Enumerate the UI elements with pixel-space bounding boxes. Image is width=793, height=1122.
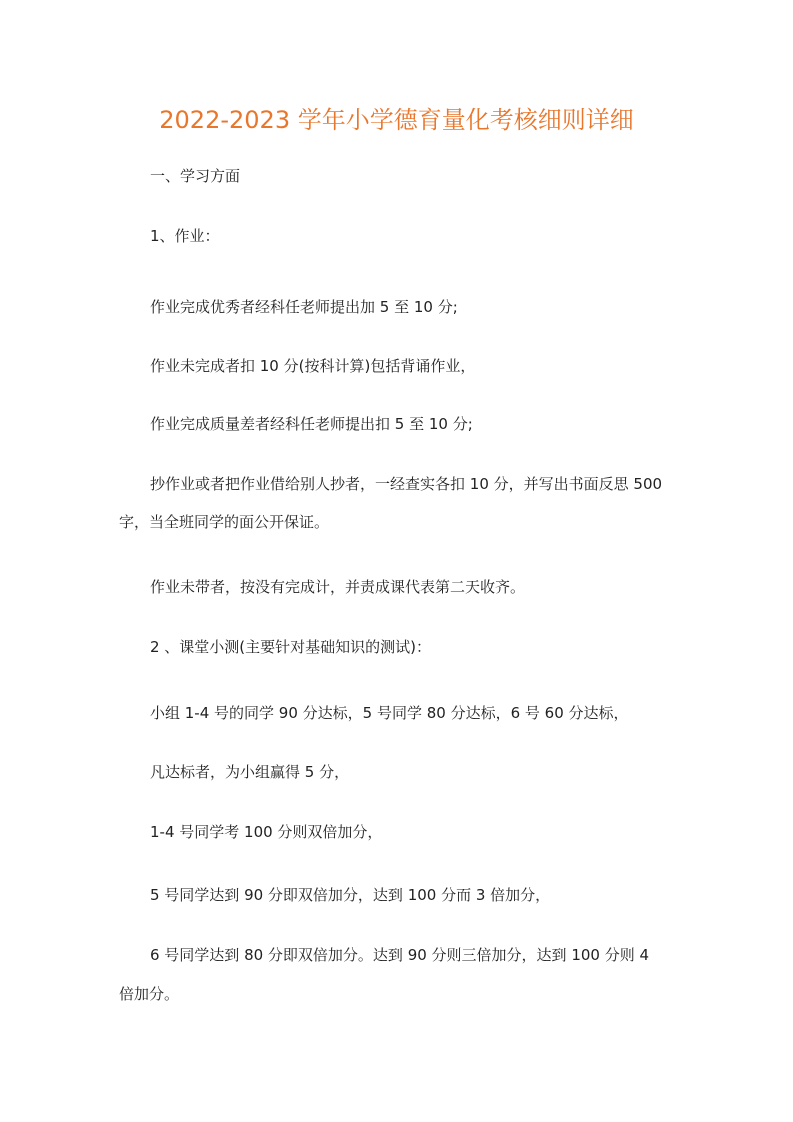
- paragraph: 作业完成质量差者经科任老师提出扣 5 至 10 分;: [150, 414, 715, 434]
- paragraph: 1-4 号同学考 100 分则双倍加分，: [150, 822, 715, 842]
- paragraph-line-continued: 倍加分。: [119, 984, 684, 1004]
- document-page: 2022-2023 学年小学德育量化考核细则详细 一、学习方面 1、作业： 作业…: [0, 0, 793, 1122]
- paragraph: 凡达标者，为小组赢得 5 分，: [150, 762, 715, 782]
- paragraph-line: 6 号同学达到 80 分即双倍加分。达到 90 分则三倍加分，达到 100 分则…: [150, 945, 715, 965]
- document-title: 2022-2023 学年小学德育量化考核细则详细: [0, 104, 793, 136]
- paragraph-line: 抄作业或者把作业借给别人抄者，一经查实各扣 10 分，并写出书面反思 500: [150, 474, 715, 494]
- section-heading-study: 一、学习方面: [150, 166, 715, 186]
- paragraph: 小组 1-4 号的同学 90 分达标，5 号同学 80 分达标，6 号 60 分…: [150, 703, 715, 723]
- paragraph: 作业完成优秀者经科任老师提出加 5 至 10 分;: [150, 297, 715, 317]
- subsection-heading-quiz: 2 、课堂小测(主要针对基础知识的测试)：: [150, 637, 715, 657]
- paragraph: 5 号同学达到 90 分即双倍加分，达到 100 分而 3 倍加分，: [150, 885, 715, 905]
- paragraph: 作业未完成者扣 10 分(按科计算)包括背诵作业，: [150, 356, 715, 376]
- paragraph-line-continued: 字，当全班同学的面公开保证。: [119, 512, 684, 532]
- paragraph: 作业未带者，按没有完成计，并责成课代表第二天收齐。: [150, 577, 715, 597]
- subsection-heading-homework: 1、作业：: [150, 226, 715, 246]
